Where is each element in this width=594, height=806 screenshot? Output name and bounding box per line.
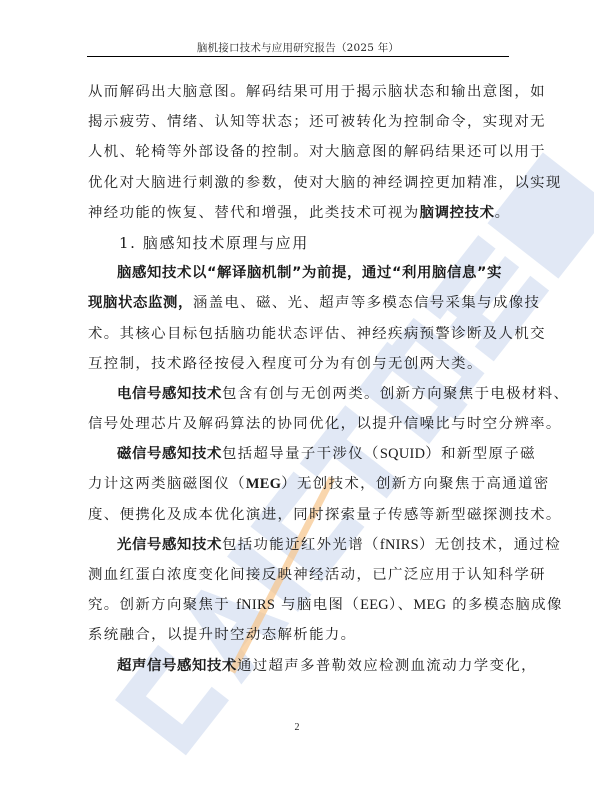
plain-text: ）无创技术，通过检 xyxy=(419,537,561,553)
plain-text: 究。创新方向聚焦于 xyxy=(88,597,236,613)
paragraph-line: 究。创新方向聚焦于 fNIRS 与脑电图（EEG）、MEG 的多模态脑成像 xyxy=(88,590,506,620)
acronym: fNIRS xyxy=(380,537,419,553)
acronym: EEG xyxy=(360,597,389,613)
paragraph-line: 超声信号感知技术通过超声多普勒效应检测血流动力学变化， xyxy=(88,651,506,681)
plain-text: 包括超导量子干涉仪（ xyxy=(222,446,380,462)
paragraph-line: 磁信号感知技术包括超导量子干涉仪（SQUID）和新型原子磁 xyxy=(88,439,506,469)
page-number: 2 xyxy=(0,722,594,733)
paragraph-line: 系统融合，以提升时空动态解析能力。 xyxy=(88,620,506,650)
plain-text: ）、 xyxy=(389,597,413,613)
bold-term: 脑感知技术以“解译脑机制”为前提，通过“利用脑信息”实 xyxy=(117,265,502,281)
running-header: 脑机接口技术与应用研究报告（2025 年） xyxy=(87,40,509,55)
paragraph-line: 测血红蛋白浓度变化间接反映神经活动，已广泛应用于认知科学研 xyxy=(88,560,506,590)
bold-term: 脑调控技术 xyxy=(420,205,495,221)
paragraph-line: 脑感知技术以“解译脑机制”为前提，通过“利用脑信息”实 xyxy=(88,258,506,288)
bold-term: 磁信号感知技术 xyxy=(117,446,222,462)
plain-text: 包含有创与无创两类。创新方向聚焦于电极材料、 xyxy=(222,386,569,402)
paragraph-line: 神经功能的恢复、替代和增强，此类技术可视为脑调控技术。 xyxy=(88,198,506,228)
bold-term: 光信号感知技术 xyxy=(117,537,222,553)
plain-text: 通过超声多普勒效应检测血流动力学变化， xyxy=(237,658,537,674)
plain-text: 力计这两类脑磁图仪（ xyxy=(88,476,246,492)
plain-text: ）无创技术，创新方向聚焦于高通道密 xyxy=(281,476,549,492)
paragraph-line: 互控制，技术路径按侵入程度可分为有创与无创两大类。 xyxy=(88,349,506,379)
section-heading: 1. 脑感知技术原理与应用 xyxy=(88,228,506,258)
acronym: MEG xyxy=(246,476,281,492)
paragraph-line: 揭示疲劳、情绪、认知等状态；还可被转化为控制命令，实现对无 xyxy=(88,107,506,137)
paragraph-line: 优化对大脑进行刺激的参数，使对大脑的神经调控更加精准，以实现 xyxy=(88,168,506,198)
acronym: SQUID xyxy=(380,446,425,462)
paragraph-line: 度、便携化及成本优化演进，同时探索量子传感等新型磁探测技术。 xyxy=(88,500,506,530)
plain-text: 的多模态脑成像 xyxy=(446,597,563,613)
plain-text: 包括功能近红外光谱（ xyxy=(222,537,380,553)
paragraph-line: 电信号感知技术包含有创与无创两类。创新方向聚焦于电极材料、 xyxy=(88,379,506,409)
bold-term: 电信号感知技术 xyxy=(117,386,222,402)
bold-term: 现脑状态监测， xyxy=(88,295,193,311)
plain-text: 神经功能的恢复、替代和增强，此类技术可视为 xyxy=(88,205,420,221)
plain-text: 。 xyxy=(495,205,511,221)
header-divider xyxy=(87,56,509,57)
paragraph-line: 现脑状态监测，涵盖电、磁、光、超声等多模态信号采集与成像技 xyxy=(88,288,506,318)
paragraph-line: 光信号感知技术包括功能近红外光谱（fNIRS）无创技术，通过检 xyxy=(88,530,506,560)
paragraph-line: 力计这两类脑磁图仪（MEG）无创技术，创新方向聚焦于高通道密 xyxy=(88,469,506,499)
paragraph-line: 从而解码出大脑意图。解码结果可用于揭示脑状态和输出意图，如 xyxy=(88,77,506,107)
paragraph-line: 人机、轮椅等外部设备的控制。对大脑意图的解码结果还可以用于 xyxy=(88,137,506,167)
acronym: MEG xyxy=(413,597,446,613)
acronym: fNIRS xyxy=(236,597,275,613)
paragraph-line: 信号处理芯片及解码算法的协同优化，以提升信噪比与时空分辨率。 xyxy=(88,409,506,439)
bold-term: 超声信号感知技术 xyxy=(117,658,237,674)
document-body: 从而解码出大脑意图。解码结果可用于揭示脑状态和输出意图，如 揭示疲劳、情绪、认知… xyxy=(88,77,506,681)
plain-text: 涵盖电、磁、光、超声等多模态信号采集与成像技 xyxy=(193,295,540,311)
plain-text: ）和新型原子磁 xyxy=(425,446,536,462)
plain-text: 与脑电图（ xyxy=(275,597,360,613)
paragraph-line: 术。其核心目标包括脑功能状态评估、神经疾病预警诊断及人机交 xyxy=(88,319,506,349)
